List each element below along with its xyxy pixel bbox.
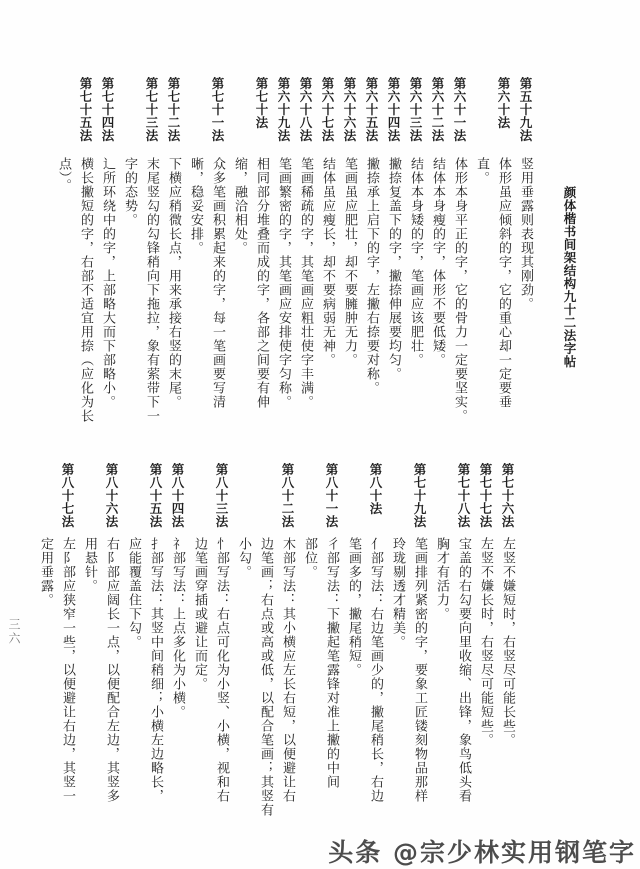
text-column: 结体虽应瘦长，却不要病弱无神。: [316, 157, 338, 367]
method-text: 横长撇短的字，右部不适宜用捺（应化为长点）。: [52, 157, 96, 423]
methods-section-bottom: 第七十六法左竖不嫌短时，右竖尽可能长些。第七十七法左竖不嫌长时，右竖尽可能短些。…: [34, 463, 518, 817]
method-text: 体形虽应倾斜的字，它的重心却一定要垂直。: [470, 157, 514, 409]
watermark: 头条 @宗少林实用钢笔字: [328, 833, 636, 869]
text-column: 体形虽应倾斜的字，它的重心却一定要垂: [492, 157, 514, 409]
scanned-book-page: 颜体楷书间架结构九十二法字帖 第五十九法竖用垂露则表现其刚劲。第六十法体形虽应倾…: [0, 0, 640, 869]
method-top-8: 第六十七法结体虽应瘦长，却不要病弱无神。: [316, 77, 338, 367]
method-text: 左阝部应狭窄一些，以便避让右边，其竖一定用垂露。: [34, 537, 78, 803]
method-bottom-0: 第七十六法左竖不嫌短时，右竖尽可能长些。: [496, 463, 518, 747]
method-text: 相同部分堆叠而成的字，各部之间要有伸缩，融洽相处。: [228, 157, 272, 409]
book-title: 颜体楷书间架结构九十二法字帖: [561, 186, 578, 368]
methods-section-top: 第五十九法竖用垂露则表现其刚劲。第六十法体形虽应倾斜的字，它的重心却一定要垂直。…: [52, 77, 536, 423]
text-column: 边笔画；右点或高或低，以配合笔画；其竖有: [254, 537, 276, 817]
text-column: 应能覆盖住下勾。: [122, 537, 144, 803]
method-top-16: 第七十五法横长撇短的字，右部不适宜用捺（应化为长点）。: [52, 77, 96, 423]
method-number-label: 第八十七法: [56, 463, 78, 528]
text-column: 定用垂露。: [34, 537, 56, 803]
method-number-label: 第七十四法: [96, 77, 118, 142]
method-number-label: 第八十五法: [144, 463, 166, 528]
method-text: 笔画排列紧密的字，要象工匠镂刻物品那样玲珑剔透才精美。: [386, 537, 430, 803]
method-bottom-5: 第八十一法彳部写法：下撇起笔露锋对准上撇的中间部位。: [298, 463, 342, 789]
text-column: 胸才有活力。: [430, 537, 452, 803]
text-column: 右阝部应阔长一点，以便配合左边，其竖多: [100, 537, 122, 803]
text-column: 部位。: [298, 537, 320, 789]
text-column: 体形本身平正的字，它的骨力一定要坚实。: [448, 157, 470, 423]
method-number-label: 第六十三法: [404, 77, 426, 142]
method-text: 忄部写法：右点可化为小竖、小横，视和右边笔画穿插或避让而定。: [188, 537, 232, 803]
text-column: 撇捺复盖下的字，撇捺伸展要均匀。: [382, 157, 404, 381]
method-number-label: 第六十四法: [382, 77, 404, 142]
text-column: 亻部写法：右边笔画少的，撇尾稍长，右边: [364, 537, 386, 803]
method-bottom-8: 第八十四法礻部写法：上点多化为小横。: [166, 463, 188, 719]
method-number-label: 第八十六法: [100, 463, 122, 528]
method-number-label: 第七十九法: [408, 463, 430, 528]
method-bottom-6: 第八十二法木部写法：其小横应左长右短，以便避让右边笔画；右点或高或低，以配合笔画…: [232, 463, 298, 817]
method-number-label: 第六十九法: [272, 77, 294, 142]
text-column: 左阝部应狭窄一些，以便避让右边，其竖一: [56, 537, 78, 803]
method-number-label: 第六十一法: [448, 77, 470, 142]
page-number: 三六: [6, 618, 23, 646]
method-number-label: 第八十二法: [276, 463, 298, 528]
text-column: 笔画多的，撇尾稍短。: [342, 537, 364, 803]
text-column: 左竖不嫌长时，右竖尽可能短些。: [474, 537, 496, 747]
method-number-label: 第六十二法: [426, 77, 448, 142]
method-text: 结体本身矮的字，笔画应该肥壮。: [404, 157, 426, 367]
text-column: 笔画稀疏的字，其笔画应粗壮使字丰满。: [294, 157, 316, 409]
text-column: 众多笔画积累起来的字，每一笔画要写清: [206, 157, 228, 409]
method-text: 结体本身瘦的字，体形不要低矮。: [426, 157, 448, 367]
method-number-label: 第八十一法: [320, 463, 342, 528]
text-column: 晰，稳妥安排。: [184, 157, 206, 409]
text-column: 末尾竖勾的勾锋稍向下拖拉，象有萦带下一: [140, 157, 162, 423]
text-column: 边笔画穿插或避让而定。: [188, 537, 210, 803]
text-column: 点）。: [52, 157, 74, 423]
text-column: 结体本身矮的字，笔画应该肥壮。: [404, 157, 426, 367]
text-column: 缩，融洽相处。: [228, 157, 250, 409]
method-text: 撇捺复盖下的字，撇捺伸展要均匀。: [382, 157, 404, 381]
method-number-label: 第七十三法: [140, 77, 162, 142]
method-text: 左竖不嫌长时，右竖尽可能短些。: [474, 537, 496, 747]
text-column: 笔画繁密的字，其笔画应安排使字匀称。: [272, 157, 294, 409]
method-bottom-3: 第七十九法笔画排列紧密的字，要象工匠镂刻物品那样玲珑剔透才精美。: [386, 463, 430, 803]
method-number-label: 第五十九法: [514, 77, 536, 142]
text-column: 下横应稍微长点，用来承接右竖的末尾。: [162, 157, 184, 409]
text-column: 宝盖的右勾要向里收缩、出锋，象鸟低头看: [452, 537, 474, 803]
method-text: 宝盖的右勾要向里收缩、出锋，象鸟低头看胸才有活力。: [430, 537, 474, 803]
text-column: 字的态势。: [118, 157, 140, 423]
method-text: 笔画虽应肥壮，却不要臃肿无力。: [338, 157, 360, 367]
method-bottom-9: 第八十五法扌部写法：其竖中间稍细；小横左边略长，应能覆盖住下勾。: [122, 463, 166, 803]
method-bottom-4: 第八十法亻部写法：右边笔画少的，撇尾稍长，右边笔画多的，撇尾稍短。: [342, 463, 386, 803]
method-top-12: 第七十一法众多笔画积累起来的字，每一笔画要写清晰，稳妥安排。: [184, 77, 228, 409]
method-bottom-7: 第八十三法忄部写法：右点可化为小竖、小横，视和右边笔画穿插或避让而定。: [188, 463, 232, 803]
text-column: 用悬针。: [78, 537, 100, 803]
method-bottom-10: 第八十六法右阝部应阔长一点，以便配合左边，其竖多用悬针。: [78, 463, 122, 803]
method-number-label: 第七十七法: [474, 463, 496, 528]
method-top-13: 第七十二法下横应稍微长点，用来承接右竖的末尾。: [162, 77, 184, 409]
method-number-label: 第七十六法: [496, 463, 518, 528]
text-column: 左竖不嫌短时，右竖尽可能长些。: [496, 537, 518, 747]
method-number-label: 第六十七法: [316, 77, 338, 142]
method-number-label: 第七十法: [250, 77, 272, 129]
text-column: 横长撇短的字，右部不适宜用捺（应化为长: [74, 157, 96, 423]
method-bottom-11: 第八十七法左阝部应狭窄一些，以便避让右边，其竖一定用垂露。: [34, 463, 78, 803]
method-text: 扌部写法：其竖中间稍细；小横左边略长，应能覆盖住下勾。: [122, 537, 166, 803]
method-text: 亻部写法：右边笔画少的，撇尾稍长，右边笔画多的，撇尾稍短。: [342, 537, 386, 803]
method-number-label: 第七十八法: [452, 463, 474, 528]
method-number-label: 第八十三法: [210, 463, 232, 528]
method-text: 左竖不嫌短时，右竖尽可能长些。: [496, 537, 518, 747]
method-number-label: 第七十一法: [206, 77, 228, 142]
text-column: 忄部写法：右点可化为小竖、小横，视和右: [210, 537, 232, 803]
method-text: 笔画稀疏的字，其笔画应粗壮使字丰满。: [294, 157, 316, 409]
method-text: 礻部写法：上点多化为小横。: [166, 537, 188, 719]
method-top-10: 第六十九法笔画繁密的字，其笔画应安排使字匀称。: [272, 77, 294, 409]
method-text: 结体虽应瘦长，却不要病弱无神。: [316, 157, 338, 367]
method-text: 体形本身平正的字，它的骨力一定要坚实。: [448, 157, 470, 423]
method-text: 彳部写法：下撇起笔露锋对准上撇的中间部位。: [298, 537, 342, 789]
text-column: 小勾。: [232, 537, 254, 817]
text-column: 竖用垂露则表现其刚劲。: [514, 157, 536, 311]
method-text: 竖用垂露则表现其刚劲。: [514, 157, 536, 311]
method-top-14: 第七十三法末尾竖勾的勾锋稍向下拖拉，象有萦带下一字的态势。: [118, 77, 162, 423]
method-top-2: 第六十一法体形本身平正的字，它的骨力一定要坚实。: [448, 77, 470, 423]
text-column: 辶所环绕中的字，上部略大而下部略小。: [96, 157, 118, 409]
method-top-4: 第六十三法结体本身矮的字，笔画应该肥壮。: [404, 77, 426, 367]
method-top-1: 第六十法体形虽应倾斜的字，它的重心却一定要垂直。: [470, 77, 514, 409]
method-top-6: 第六十五法撇捺承上启下的字，左撇右捺要对称。: [360, 77, 382, 395]
method-number-label: 第七十五法: [74, 77, 96, 142]
text-column: 彳部写法：下撇起笔露锋对准上撇的中间: [320, 537, 342, 789]
method-top-7: 第六十六法笔画虽应肥壮，却不要臃肿无力。: [338, 77, 360, 367]
method-number-label: 第八十四法: [166, 463, 188, 528]
method-bottom-1: 第七十七法左竖不嫌长时，右竖尽可能短些。: [474, 463, 496, 747]
method-number-label: 第八十法: [364, 463, 386, 515]
method-bottom-2: 第七十八法宝盖的右勾要向里收缩、出锋，象鸟低头看胸才有活力。: [430, 463, 474, 803]
text-column: 礻部写法：上点多化为小横。: [166, 537, 188, 719]
text-column: 结体本身瘦的字，体形不要低矮。: [426, 157, 448, 367]
text-column: 笔画排列紧密的字，要象工匠镂刻物品那样: [408, 537, 430, 803]
text-column: 玲珑剔透才精美。: [386, 537, 408, 803]
text-column: 木部写法：其小横应左长右短，以便避让右: [276, 537, 298, 817]
method-number-label: 第七十二法: [162, 77, 184, 142]
method-number-label: 第六十五法: [360, 77, 382, 142]
method-text: 下横应稍微长点，用来承接右竖的末尾。: [162, 157, 184, 409]
method-top-3: 第六十二法结体本身瘦的字，体形不要低矮。: [426, 77, 448, 367]
method-number-label: 第六十六法: [338, 77, 360, 142]
method-number-label: 第六十八法: [294, 77, 316, 142]
method-text: 右阝部应阔长一点，以便配合左边，其竖多用悬针。: [78, 537, 122, 803]
method-text: 辶所环绕中的字，上部略大而下部略小。: [96, 157, 118, 409]
method-text: 笔画繁密的字，其笔画应安排使字匀称。: [272, 157, 294, 409]
text-column: 撇捺承上启下的字，左撇右捺要对称。: [360, 157, 382, 395]
method-text: 木部写法：其小横应左长右短，以便避让右边笔画；右点或高或低，以配合笔画；其竖有小…: [232, 537, 298, 817]
method-number-label: 第六十法: [492, 77, 514, 129]
method-top-0: 第五十九法竖用垂露则表现其刚劲。: [514, 77, 536, 311]
method-text: 众多笔画积累起来的字，每一笔画要写清晰，稳妥安排。: [184, 157, 228, 409]
text-column: 扌部写法：其竖中间稍细；小横左边略长，: [144, 537, 166, 803]
method-text: 末尾竖勾的勾锋稍向下拖拉，象有萦带下一字的态势。: [118, 157, 162, 423]
method-text: 撇捺承上启下的字，左撇右捺要对称。: [360, 157, 382, 395]
method-top-9: 第六十八法笔画稀疏的字，其笔画应粗壮使字丰满。: [294, 77, 316, 409]
method-top-15: 第七十四法辶所环绕中的字，上部略大而下部略小。: [96, 77, 118, 409]
method-top-11: 第七十法相同部分堆叠而成的字，各部之间要有伸缩，融洽相处。: [228, 77, 272, 409]
method-top-5: 第六十四法撇捺复盖下的字，撇捺伸展要均匀。: [382, 77, 404, 381]
text-column: 笔画虽应肥壮，却不要臃肿无力。: [338, 157, 360, 367]
text-column: 直。: [470, 157, 492, 409]
text-column: 相同部分堆叠而成的字，各部之间要有伸: [250, 157, 272, 409]
